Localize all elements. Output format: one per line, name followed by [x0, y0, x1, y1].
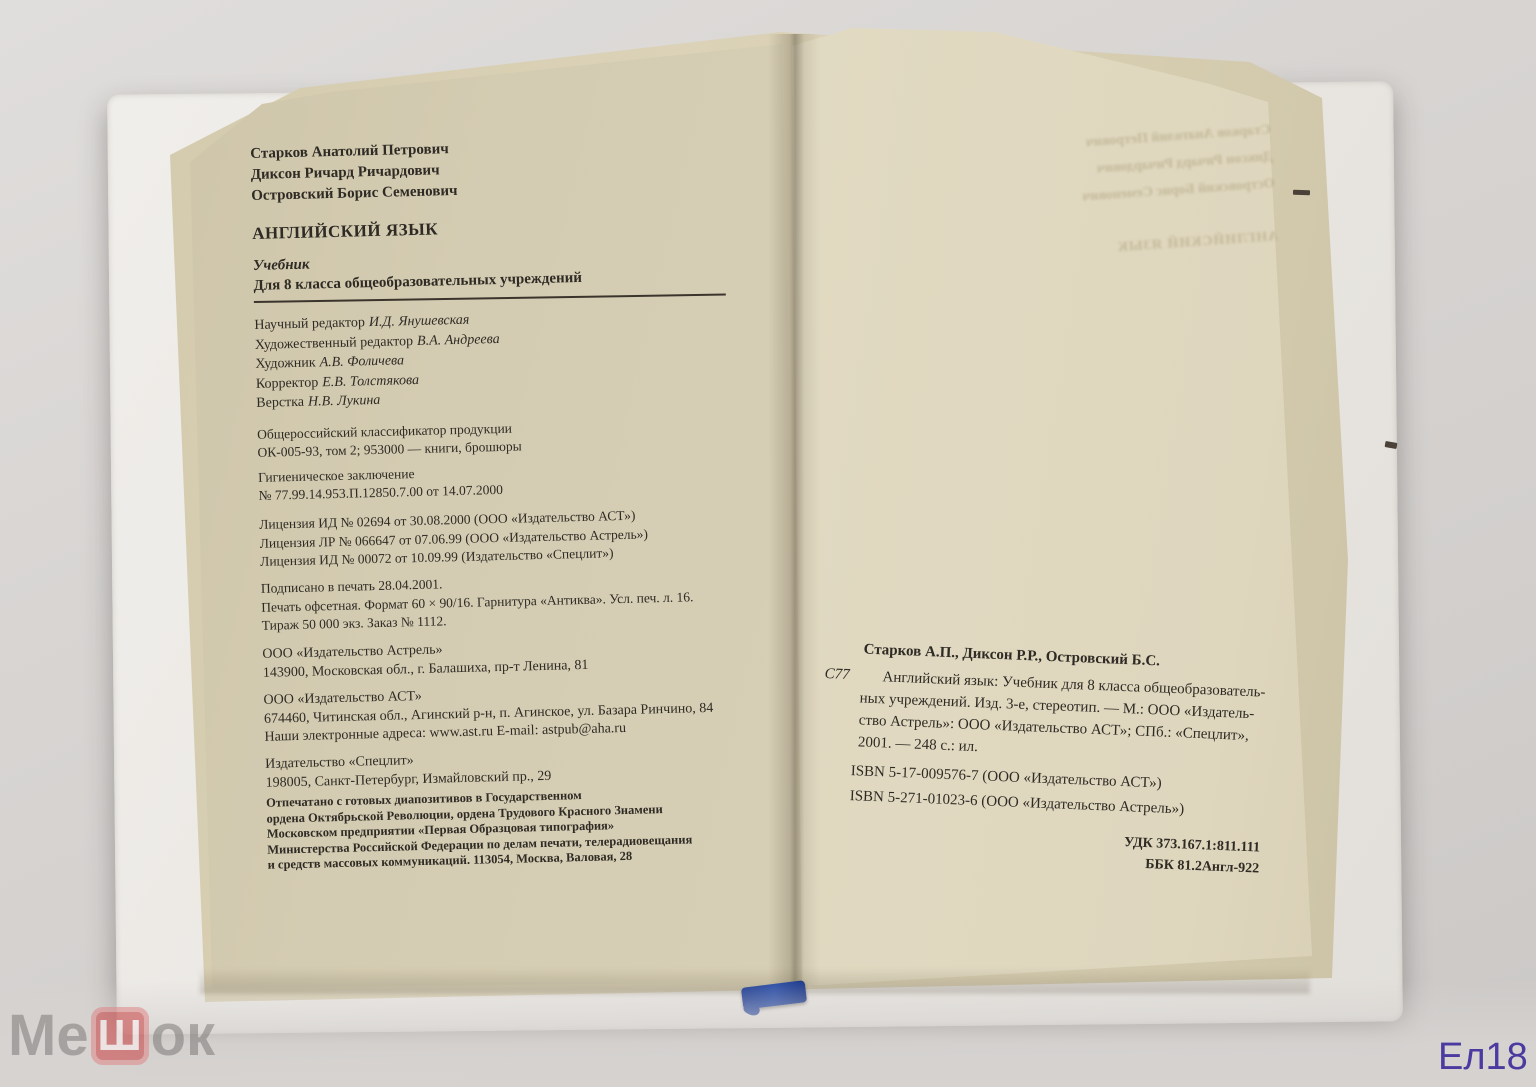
staff-name: Н.В. Лукина — [308, 393, 381, 410]
watermark-text-right: ок — [151, 1002, 215, 1069]
authors-block: Старков Анатолий Петрович Диксон Ричард … — [250, 139, 458, 207]
publisher-astrel-block: ООО «Издательство Астрель» 143900, Моско… — [262, 638, 588, 683]
hygiene-block: Гигиеническое заключение № 77.99.14.953.… — [258, 463, 503, 505]
book-title: АНГЛИЙСКИЙ ЯЗЫК — [252, 219, 438, 244]
seller-code: Ел18 — [1438, 1036, 1528, 1079]
udk-bbk-block: УДК 373.167.1:811.111 ББК 81.2Англ-922 — [817, 820, 1260, 880]
print-info-block: Подписано в печать 28.04.2001. Печать оф… — [261, 569, 694, 635]
catalog-card-text: Старков А.П., Диксон Р.Р., Островский Б.… — [816, 640, 1295, 899]
divider-rule — [254, 294, 726, 303]
staff-name: А.В. Фоличева — [319, 353, 404, 370]
staff-role: Научный редактор — [254, 315, 365, 333]
bookmark-ribbon-tail — [742, 1000, 762, 1018]
staff-name: Е.В. Толстякова — [322, 372, 419, 389]
staff-role: Художник — [255, 355, 316, 371]
author-name: Островский Борис Семенович — [251, 181, 458, 207]
publisher-speclit-block: Издательство «Спецлит» 198005, Санкт-Пет… — [265, 749, 552, 793]
classifier-block: Общероссийский классификатор продукции О… — [257, 419, 522, 461]
show-through-text: Старков Анатолий Петрович Диксон Ричард … — [931, 116, 1280, 273]
card-annotation-row: С77 Английский язык: Учебник для 8 класс… — [822, 664, 1295, 771]
subtitle-block: Учебник Для 8 класса общеобразовательных… — [253, 244, 726, 303]
isbn-block: ISBN 5-17-009576-7 (ООО «Издательство АС… — [849, 759, 1185, 822]
photo-background: Старков Анатолий Петрович Диксон Ричард … — [0, 0, 1536, 1087]
author-mark: С77 — [824, 666, 850, 684]
page-bottom-shadow — [200, 968, 1310, 994]
licenses-block: Лицензия ИД № 02694 от 30.08.2000 (ООО «… — [259, 506, 649, 571]
staff-role: Художественный редактор — [255, 334, 414, 353]
meshok-bag-icon: Ш — [91, 1007, 149, 1065]
staff-role: Корректор — [256, 375, 319, 392]
meshok-watermark: Ме Ш ок — [8, 1002, 215, 1069]
staff-name: И.Д. Янушевская — [369, 313, 470, 330]
publisher-ast-block: ООО «Издательство АСТ» 674460, Читинская… — [263, 681, 714, 747]
staff-block: Научный редакторИ.Д. Янушевская Художест… — [254, 310, 501, 413]
imprint-page-text: Старков Анатолий Петрович Диксон Ричард … — [250, 131, 788, 903]
watermark-text-left: Ме — [8, 1002, 89, 1069]
staff-role: Верстка — [256, 395, 304, 411]
staff-name: В.А. Андреева — [417, 331, 500, 348]
page-edge-mark — [1293, 190, 1310, 196]
bookmark-ribbon — [741, 980, 807, 1010]
card-annotation: Английский язык: Учебник для 8 класса об… — [857, 665, 1294, 770]
printed-at-block: Отпечатано с готовых диапозитивов в Госу… — [266, 785, 693, 873]
